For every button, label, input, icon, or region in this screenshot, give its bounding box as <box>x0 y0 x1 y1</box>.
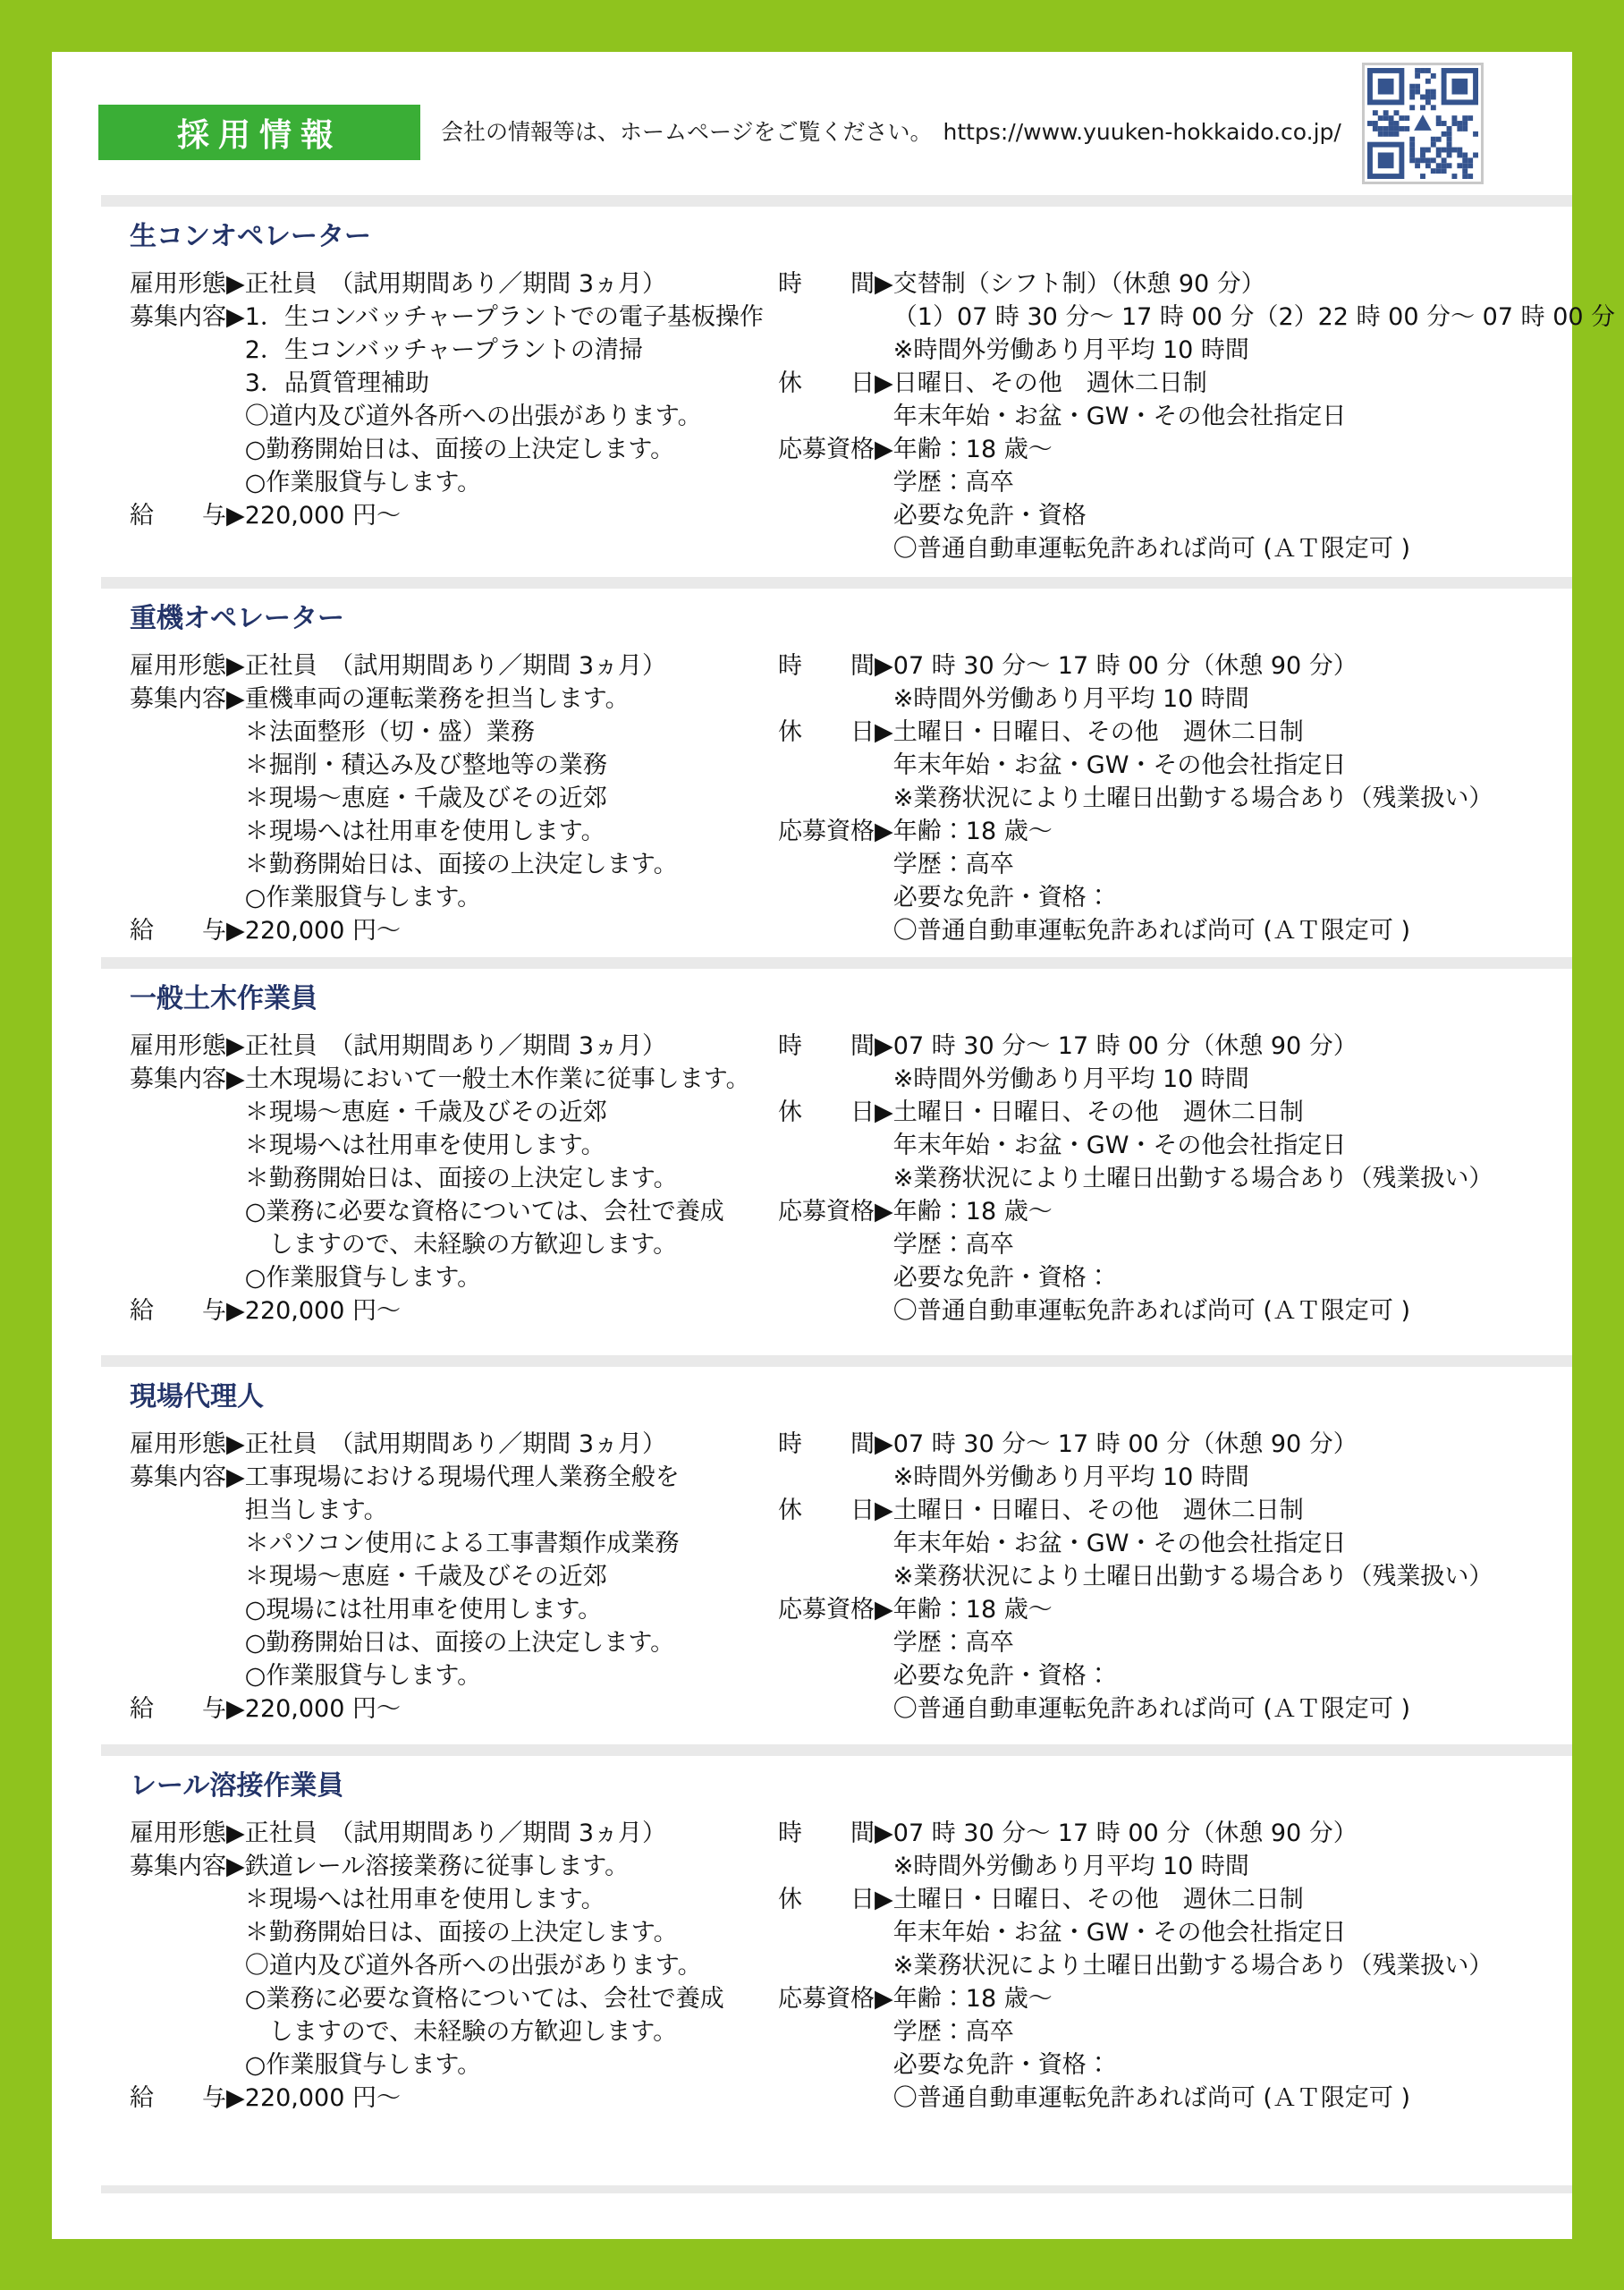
field-line: 正社員 （試用期間あり／期間 3ヵ月） <box>245 1428 666 1461</box>
header-note: 会社の情報等は、ホームページをご覧ください。https://www.yuuken… <box>441 119 1341 146</box>
field-line: 必要な免許・資格： <box>893 2048 1410 2082</box>
field-line: ＊掘削・積込み及び整地等の業務 <box>245 749 678 782</box>
field-line: 〇普通自動車運転免許あれば尚可 (ＡＴ限定可 ) <box>893 914 1410 947</box>
field-line: 学歴：高卒 <box>893 466 1410 499</box>
field-line: 日曜日、その他 週休二日制 <box>893 367 1347 400</box>
field-line: 必要な免許・資格： <box>893 1261 1410 1294</box>
field-line: 学歴：高卒 <box>893 1228 1410 1261</box>
field-line: 年末年始・お盆・GW・その他会社指定日 <box>893 1129 1493 1162</box>
field-line: 正社員 （試用期間あり／期間 3ヵ月） <box>245 1030 666 1063</box>
field-label: 応募資格▶ <box>778 1982 893 2115</box>
field-row: 時 間▶07 時 30 分～ 17 時 00 分（休憩 90 分）※時間外労働あ… <box>778 649 1572 716</box>
recruitment-badge-label: 採用情報 <box>177 110 342 156</box>
field-value: 07 時 30 分～ 17 時 00 分（休憩 90 分）※時間外労働あり月平均… <box>893 1428 1358 1494</box>
field-line: 土曜日・日曜日、その他 週休二日制 <box>893 716 1493 749</box>
field-line: 交替制（シフト制）（休憩 90 分） <box>893 267 1615 301</box>
header-note-text: 会社の情報等は、ホームページをご覧ください。 <box>441 119 933 145</box>
field-line: ※業務状況により土曜日出勤する場合あり（残業扱い） <box>893 1162 1493 1195</box>
job-section-4: 現場代理人雇用形態▶正社員 （試用期間あり／期間 3ヵ月）募集内容▶工事現場にお… <box>101 1355 1572 1726</box>
field-value: 年齢：18 歳～学歴：高卒必要な免許・資格：〇普通自動車運転免許あれば尚可 (Ａ… <box>893 1982 1410 2115</box>
qr-code <box>1362 63 1484 184</box>
field-line: 〇道内及び道外各所への出張があります。 <box>245 400 764 433</box>
field-line: ＊法面整形（切・盛）業務 <box>245 716 678 749</box>
field-label: 休 日▶ <box>778 1883 893 1982</box>
field-line: 〇普通自動車運転免許あれば尚可 (ＡＴ限定可 ) <box>893 1294 1410 1327</box>
field-label: 雇用形態▶ <box>130 1817 245 1850</box>
field-label: 募集内容▶ <box>130 1461 245 1692</box>
field-line: 07 時 30 分～ 17 時 00 分（休憩 90 分） <box>893 1030 1358 1063</box>
field-value: 土曜日・日曜日、その他 週休二日制年末年始・お盆・GW・その他会社指定日※業務状… <box>893 1494 1493 1593</box>
field-row: 時 間▶交替制（シフト制）（休憩 90 分）（1）07 時 30 分～ 17 時… <box>778 267 1572 367</box>
field-line: 年末年始・お盆・GW・その他会社指定日 <box>893 400 1347 433</box>
field-line: ※時間外労働あり月平均 10 時間 <box>893 1461 1358 1494</box>
field-line: 正社員 （試用期間あり／期間 3ヵ月） <box>245 649 666 683</box>
recruitment-flyer: { "page": { "border_color": "#8fc31e", "… <box>0 0 1624 2290</box>
field-label: 募集内容▶ <box>130 301 245 499</box>
field-line: ○業務に必要な資格については、会社で養成 <box>245 1195 750 1228</box>
field-label: 給 与▶ <box>130 914 245 947</box>
field-line: ※業務状況により土曜日出勤する場合あり（残業扱い） <box>893 1560 1493 1593</box>
field-line: 年末年始・お盆・GW・その他会社指定日 <box>893 1527 1493 1560</box>
field-row: 休 日▶日曜日、その他 週休二日制年末年始・お盆・GW・その他会社指定日 <box>778 367 1572 433</box>
field-value: 年齢：18 歳～学歴：高卒必要な免許・資格：〇普通自動車運転免許あれば尚可 (Ａ… <box>893 815 1410 947</box>
field-value: 日曜日、その他 週休二日制年末年始・お盆・GW・その他会社指定日 <box>893 367 1347 433</box>
field-label: 給 与▶ <box>130 1294 245 1327</box>
field-line: ○現場には社用車を使用します。 <box>245 1593 680 1626</box>
field-line: ○作業服貸与します。 <box>245 881 678 914</box>
field-value: 07 時 30 分～ 17 時 00 分（休憩 90 分）※時間外労働あり月平均… <box>893 1030 1358 1096</box>
field-row: 休 日▶土曜日・日曜日、その他 週休二日制年末年始・お盆・GW・その他会社指定日… <box>778 716 1572 815</box>
field-value: 年齢：18 歳～学歴：高卒必要な免許・資格〇普通自動車運転免許あれば尚可 (ＡＴ… <box>893 433 1410 565</box>
job-title: レール溶接作業員 <box>130 1768 1572 1804</box>
field-row: 応募資格▶年齢：18 歳～学歴：高卒必要な免許・資格：〇普通自動車運転免許あれば… <box>778 1593 1572 1726</box>
job-title: 生コンオペレーター <box>130 219 1572 255</box>
field-row: 応募資格▶年齢：18 歳～学歴：高卒必要な免許・資格〇普通自動車運転免許あれば尚… <box>778 433 1572 565</box>
field-row: 時 間▶07 時 30 分～ 17 時 00 分（休憩 90 分）※時間外労働あ… <box>778 1817 1572 1883</box>
field-label: 時 間▶ <box>778 1817 893 1883</box>
field-row: 休 日▶土曜日・日曜日、その他 週休二日制年末年始・お盆・GW・その他会社指定日… <box>778 1494 1572 1593</box>
field-line: ＊現場～恵庭・千歳及びその近郊 <box>245 1096 750 1129</box>
field-row: 応募資格▶年齢：18 歳～学歴：高卒必要な免許・資格：〇普通自動車運転免許あれば… <box>778 815 1572 947</box>
field-value: 正社員 （試用期間あり／期間 3ヵ月） <box>245 267 666 301</box>
field-value: 220,000 円～ <box>245 499 401 532</box>
field-line: ＊パソコン使用による工事書類作成業務 <box>245 1527 680 1560</box>
field-line: 学歴：高卒 <box>893 1626 1410 1659</box>
field-line: 年齢：18 歳～ <box>893 1195 1410 1228</box>
job-section-1: 生コンオペレーター雇用形態▶正社員 （試用期間あり／期間 3ヵ月）募集内容▶1．… <box>101 195 1572 532</box>
field-value: 土曜日・日曜日、その他 週休二日制年末年始・お盆・GW・その他会社指定日※業務状… <box>893 1883 1493 1982</box>
field-label: 雇用形態▶ <box>130 1030 245 1063</box>
field-label: 募集内容▶ <box>130 683 245 914</box>
job-section-5: レール溶接作業員雇用形態▶正社員 （試用期間あり／期間 3ヵ月）募集内容▶鉄道レ… <box>101 1744 1572 2115</box>
field-value: 正社員 （試用期間あり／期間 3ヵ月） <box>245 649 666 683</box>
field-line: 〇普通自動車運転免許あれば尚可 (ＡＴ限定可 ) <box>893 2082 1410 2115</box>
field-line: 220,000 円～ <box>245 2082 401 2115</box>
field-label: 募集内容▶ <box>130 1850 245 2082</box>
field-value: 重機車両の運転業務を担当します。＊法面整形（切・盛）業務＊掘削・積込み及び整地等… <box>245 683 678 914</box>
field-line: 年齢：18 歳～ <box>893 815 1410 848</box>
field-line: ※業務状況により土曜日出勤する場合あり（残業扱い） <box>893 1949 1493 1982</box>
field-label: 雇用形態▶ <box>130 649 245 683</box>
field-line: 年齢：18 歳～ <box>893 433 1410 466</box>
job-section-3: 一般土木作業員雇用形態▶正社員 （試用期間あり／期間 3ヵ月）募集内容▶土木現場… <box>101 957 1572 1327</box>
section-divider <box>101 2185 1572 2193</box>
field-line: 07 時 30 分～ 17 時 00 分（休憩 90 分） <box>893 1428 1358 1461</box>
field-line: 220,000 円～ <box>245 1692 401 1726</box>
field-label: 雇用形態▶ <box>130 267 245 301</box>
field-line: 年齢：18 歳～ <box>893 1593 1410 1626</box>
field-value: 1．生コンバッチャープラントでの電子基板操作2．生コンバッチャープラントの清掃3… <box>245 301 764 499</box>
field-line: 必要な免許・資格： <box>893 881 1410 914</box>
qr-code-pattern <box>1367 68 1478 179</box>
field-row: 休 日▶土曜日・日曜日、その他 週休二日制年末年始・お盆・GW・その他会社指定日… <box>778 1883 1572 1982</box>
right-column: 時 間▶07 時 30 分～ 17 時 00 分（休憩 90 分）※時間外労働あ… <box>778 1817 1572 2115</box>
field-line: ○勤務開始日は、面接の上決定します。 <box>245 1626 680 1659</box>
field-label: 給 与▶ <box>130 499 245 532</box>
field-value: 土曜日・日曜日、その他 週休二日制年末年始・お盆・GW・その他会社指定日※業務状… <box>893 1096 1493 1195</box>
field-value: 220,000 円～ <box>245 1692 401 1726</box>
homepage-url: https://www.yuuken-hokkaido.co.jp/ <box>943 119 1341 145</box>
field-label: 時 間▶ <box>778 267 893 367</box>
field-label: 休 日▶ <box>778 367 893 433</box>
field-value: 年齢：18 歳～学歴：高卒必要な免許・資格：〇普通自動車運転免許あれば尚可 (Ａ… <box>893 1195 1410 1327</box>
field-line: 〇普通自動車運転免許あれば尚可 (ＡＴ限定可 ) <box>893 1692 1410 1726</box>
field-value: 220,000 円～ <box>245 914 401 947</box>
field-line: 年齢：18 歳～ <box>893 1982 1410 2015</box>
field-label: 応募資格▶ <box>778 433 893 565</box>
field-line: ○作業服貸与します。 <box>245 1659 680 1692</box>
field-value: 220,000 円～ <box>245 1294 401 1327</box>
recruitment-badge: 採用情報 <box>98 105 420 160</box>
field-line: ○勤務開始日は、面接の上決定します。 <box>245 433 764 466</box>
field-line: しますので、未経験の方歓迎します。 <box>245 1228 750 1261</box>
field-value: 鉄道レール溶接業務に従事します。＊現場へは社用車を使用します。＊勤務開始日は、面… <box>245 1850 724 2082</box>
field-value: 年齢：18 歳～学歴：高卒必要な免許・資格：〇普通自動車運転免許あれば尚可 (Ａ… <box>893 1593 1410 1726</box>
field-line: 2．生コンバッチャープラントの清掃 <box>245 334 764 367</box>
field-line: 07 時 30 分～ 17 時 00 分（休憩 90 分） <box>893 649 1358 683</box>
field-line: 土曜日・日曜日、その他 週休二日制 <box>893 1494 1493 1527</box>
right-column: 時 間▶07 時 30 分～ 17 時 00 分（休憩 90 分）※時間外労働あ… <box>778 1030 1572 1327</box>
field-row: 時 間▶07 時 30 分～ 17 時 00 分（休憩 90 分）※時間外労働あ… <box>778 1030 1572 1096</box>
field-label: 休 日▶ <box>778 716 893 815</box>
field-line: 工事現場における現場代理人業務全般を <box>245 1461 680 1494</box>
field-line: ○作業服貸与します。 <box>245 1261 750 1294</box>
field-line: ○作業服貸与します。 <box>245 2048 724 2082</box>
job-title: 現場代理人 <box>130 1379 1572 1415</box>
field-label: 応募資格▶ <box>778 815 893 947</box>
field-value: 正社員 （試用期間あり／期間 3ヵ月） <box>245 1428 666 1461</box>
field-line: 3．品質管理補助 <box>245 367 764 400</box>
right-column: 時 間▶交替制（シフト制）（休憩 90 分）（1）07 時 30 分～ 17 時… <box>778 267 1572 565</box>
field-line: 鉄道レール溶接業務に従事します。 <box>245 1850 724 1883</box>
field-row: 応募資格▶年齢：18 歳～学歴：高卒必要な免許・資格：〇普通自動車運転免許あれば… <box>778 1982 1572 2115</box>
field-value: 土曜日・日曜日、その他 週休二日制年末年始・お盆・GW・その他会社指定日※業務状… <box>893 716 1493 815</box>
field-line: 220,000 円～ <box>245 499 401 532</box>
field-line: ＊現場～恵庭・千歳及びその近郊 <box>245 782 678 815</box>
field-line: ※業務状況により土曜日出勤する場合あり（残業扱い） <box>893 782 1493 815</box>
field-line: 重機車両の運転業務を担当します。 <box>245 683 678 716</box>
field-line: （1）07 時 30 分～ 17 時 00 分（2）22 時 00 分～ 07 … <box>893 301 1615 334</box>
field-label: 応募資格▶ <box>778 1195 893 1327</box>
field-label: 時 間▶ <box>778 1428 893 1494</box>
field-value: 220,000 円～ <box>245 2082 401 2115</box>
field-label: 給 与▶ <box>130 2082 245 2115</box>
field-value: 07 時 30 分～ 17 時 00 分（休憩 90 分）※時間外労働あり月平均… <box>893 649 1358 716</box>
field-line: ＊現場～恵庭・千歳及びその近郊 <box>245 1560 680 1593</box>
job-title: 重機オペレーター <box>130 601 1572 637</box>
field-line: ○業務に必要な資格については、会社で養成 <box>245 1982 724 2015</box>
field-line: 正社員 （試用期間あり／期間 3ヵ月） <box>245 1817 666 1850</box>
field-label: 雇用形態▶ <box>130 1428 245 1461</box>
field-row: 時 間▶07 時 30 分～ 17 時 00 分（休憩 90 分）※時間外労働あ… <box>778 1428 1572 1494</box>
field-row: 休 日▶土曜日・日曜日、その他 週休二日制年末年始・お盆・GW・その他会社指定日… <box>778 1096 1572 1195</box>
field-line: 1．生コンバッチャープラントでの電子基板操作 <box>245 301 764 334</box>
field-line: 〇道内及び道外各所への出張があります。 <box>245 1949 724 1982</box>
field-label: 休 日▶ <box>778 1494 893 1593</box>
field-value: 正社員 （試用期間あり／期間 3ヵ月） <box>245 1817 666 1850</box>
field-line: 土木現場において一般土木作業に従事します。 <box>245 1063 750 1096</box>
field-line: 年末年始・お盆・GW・その他会社指定日 <box>893 1916 1493 1949</box>
field-value: 正社員 （試用期間あり／期間 3ヵ月） <box>245 1030 666 1063</box>
field-line: ＊現場へは社用車を使用します。 <box>245 1129 750 1162</box>
field-line: 220,000 円～ <box>245 1294 401 1327</box>
field-line: ※時間外労働あり月平均 10 時間 <box>893 334 1615 367</box>
field-value: 07 時 30 分～ 17 時 00 分（休憩 90 分）※時間外労働あり月平均… <box>893 1817 1358 1883</box>
field-row: 応募資格▶年齢：18 歳～学歴：高卒必要な免許・資格：〇普通自動車運転免許あれば… <box>778 1195 1572 1327</box>
field-line: ※時間外労働あり月平均 10 時間 <box>893 683 1358 716</box>
field-label: 応募資格▶ <box>778 1593 893 1726</box>
field-line: ○作業服貸与します。 <box>245 466 764 499</box>
field-line: しますので、未経験の方歓迎します。 <box>245 2015 724 2048</box>
field-value: 交替制（シフト制）（休憩 90 分）（1）07 時 30 分～ 17 時 00 … <box>893 267 1615 367</box>
field-line: 土曜日・日曜日、その他 週休二日制 <box>893 1096 1493 1129</box>
field-line: 土曜日・日曜日、その他 週休二日制 <box>893 1883 1493 1916</box>
field-line: 07 時 30 分～ 17 時 00 分（休憩 90 分） <box>893 1817 1358 1850</box>
field-line: 学歴：高卒 <box>893 848 1410 881</box>
field-line: ＊勤務開始日は、面接の上決定します。 <box>245 1916 724 1949</box>
field-line: 学歴：高卒 <box>893 2015 1410 2048</box>
field-line: 〇普通自動車運転免許あれば尚可 (ＡＴ限定可 ) <box>893 532 1410 565</box>
field-label: 給 与▶ <box>130 1692 245 1726</box>
job-section-2: 重機オペレーター雇用形態▶正社員 （試用期間あり／期間 3ヵ月）募集内容▶重機車… <box>101 577 1572 947</box>
field-line: 年末年始・お盆・GW・その他会社指定日 <box>893 749 1493 782</box>
field-line: ※時間外労働あり月平均 10 時間 <box>893 1063 1358 1096</box>
field-line: ＊現場へは社用車を使用します。 <box>245 1883 724 1916</box>
field-line: 220,000 円～ <box>245 914 401 947</box>
field-line: ＊現場へは社用車を使用します。 <box>245 815 678 848</box>
job-title: 一般土木作業員 <box>130 981 1572 1017</box>
field-line: 正社員 （試用期間あり／期間 3ヵ月） <box>245 267 666 301</box>
field-line: ※時間外労働あり月平均 10 時間 <box>893 1850 1358 1883</box>
right-column: 時 間▶07 時 30 分～ 17 時 00 分（休憩 90 分）※時間外労働あ… <box>778 649 1572 947</box>
field-line: 必要な免許・資格 <box>893 499 1410 532</box>
field-line: 必要な免許・資格： <box>893 1659 1410 1692</box>
right-column: 時 間▶07 時 30 分～ 17 時 00 分（休憩 90 分）※時間外労働あ… <box>778 1428 1572 1726</box>
field-label: 時 間▶ <box>778 1030 893 1096</box>
field-value: 土木現場において一般土木作業に従事します。＊現場～恵庭・千歳及びその近郊＊現場へ… <box>245 1063 750 1294</box>
field-label: 募集内容▶ <box>130 1063 245 1294</box>
field-line: 担当します。 <box>245 1494 680 1527</box>
field-value: 工事現場における現場代理人業務全般を担当します。＊パソコン使用による工事書類作成… <box>245 1461 680 1692</box>
field-label: 休 日▶ <box>778 1096 893 1195</box>
field-line: ＊勤務開始日は、面接の上決定します。 <box>245 1162 750 1195</box>
field-line: ＊勤務開始日は、面接の上決定します。 <box>245 848 678 881</box>
field-label: 時 間▶ <box>778 649 893 716</box>
